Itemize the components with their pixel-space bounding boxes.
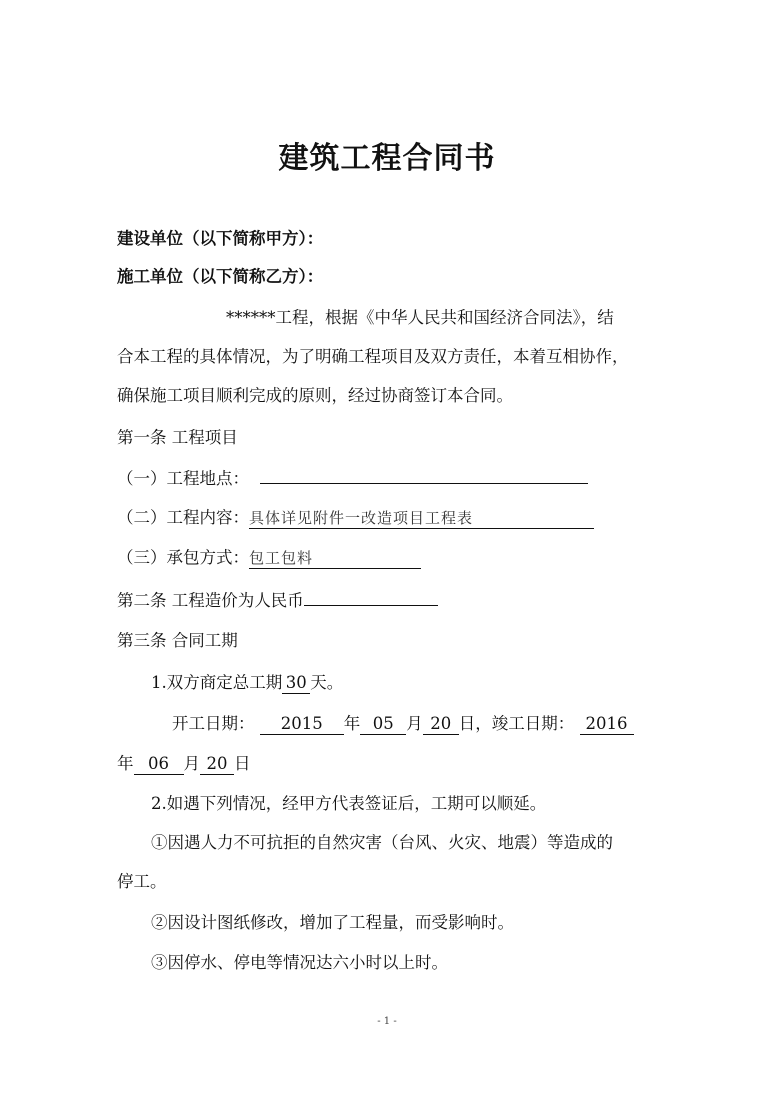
project-location-label: （一）工程地点： [117, 469, 249, 488]
start-date-row: 开工日期： 2015年05月20日，竣工日期： 2016 [172, 713, 634, 735]
case-3: ③因停水、停电等情况达六小时以上时。 [151, 952, 448, 974]
day-char-comma: 日， [459, 714, 492, 733]
project-location-field[interactable] [260, 483, 588, 484]
year-char: 年 [344, 714, 361, 733]
project-content-label: （二）工程内容： [117, 508, 249, 527]
total-duration-suffix: 天。 [310, 673, 343, 692]
preamble-line-1: ******工程，根据《中华人民共和国经济合同法》，结 [226, 307, 614, 329]
contract-price-field[interactable] [304, 605, 438, 606]
case-1-line-1: ①因遇人力不可抗拒的自然灾害（台风、火灾、地震）等造成的 [151, 832, 613, 854]
total-duration-row: 1.双方商定总工期30天。 [151, 672, 343, 694]
year-char: 年 [117, 754, 134, 773]
preamble-line-2: 合本工程的具体情况，为了明确工程项目及双方责任，本着互相协作， [117, 346, 629, 368]
contract-mode-row: （三）承包方式：包工包料 [117, 547, 421, 569]
page-number: - 1 - [0, 1016, 774, 1027]
project-location-row: （一）工程地点： [117, 468, 588, 490]
contract-mode-field[interactable]: 包工包料 [249, 548, 421, 569]
extension-clause: 2.如遇下列情况，经甲方代表签证后，工期可以顺延。 [151, 793, 546, 815]
total-duration-prefix: 1.双方商定总工期 [151, 673, 282, 692]
start-year-field[interactable]: 2015 [260, 714, 344, 735]
end-date-label: 竣工日期： [492, 714, 575, 733]
case-1-line-2: 停工。 [117, 871, 167, 893]
document-title: 建筑工程合同书 [0, 133, 774, 177]
party-b-label: 施工单位（以下简称乙方）： [117, 266, 323, 288]
start-date-label: 开工日期： [172, 714, 255, 733]
total-days-field[interactable]: 30 [282, 673, 310, 694]
project-content-row: （二）工程内容：具体详见附件一改造项目工程表 [117, 507, 594, 529]
day-char: 日 [234, 754, 251, 773]
start-month-field[interactable]: 05 [360, 714, 406, 735]
contract-mode-label: （三）承包方式： [117, 548, 249, 567]
preamble-line-3: 确保施工项目顺利完成的原则，经过协商签订本合同。 [117, 385, 513, 407]
month-char: 月 [406, 714, 423, 733]
end-day-field[interactable]: 20 [200, 754, 234, 775]
article-3-heading: 第三条 合同工期 [117, 630, 238, 652]
project-content-field[interactable]: 具体详见附件一改造项目工程表 [249, 508, 594, 529]
article-2-row: 第二条 工程造价为人民币 [117, 590, 438, 612]
case-2: ②因设计图纸修改，增加了工程量，而受影响时。 [151, 912, 514, 934]
end-year-field[interactable]: 2016 [580, 714, 634, 735]
start-day-field[interactable]: 20 [423, 714, 459, 735]
party-a-label: 建设单位（以下简称甲方）： [117, 228, 323, 250]
end-month-field[interactable]: 06 [134, 754, 184, 775]
article-1-heading: 第一条 工程项目 [117, 427, 238, 449]
month-char: 月 [184, 754, 201, 773]
end-date-row: 年06月20日 [117, 753, 251, 775]
article-2-heading: 第二条 工程造价为人民币 [117, 591, 304, 610]
